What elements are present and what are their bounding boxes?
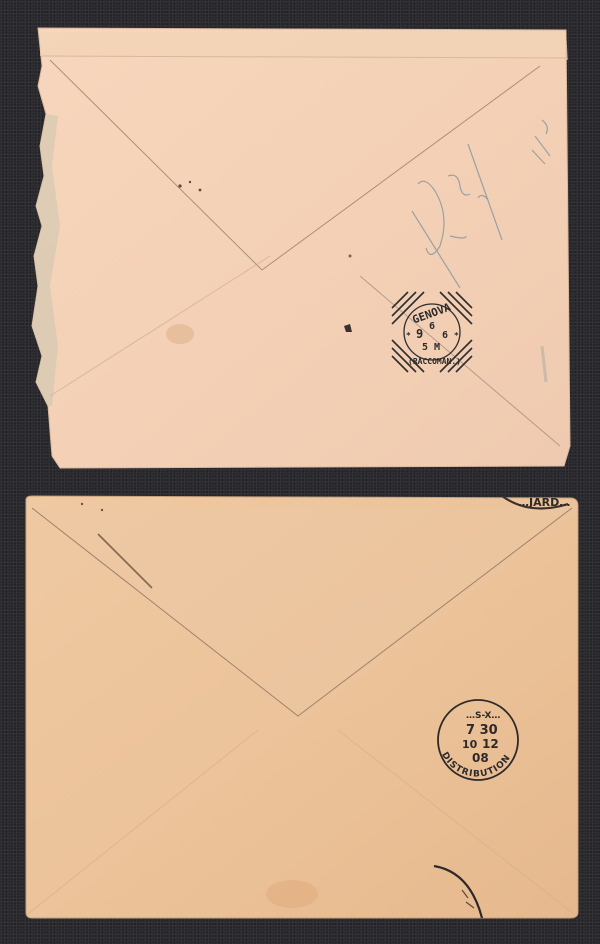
envelope-top: GENOVA 9 6 6 5 M (RACCOMAN.) * * xyxy=(30,26,570,470)
svg-text:*: * xyxy=(454,331,459,340)
svg-text:…JARD…: …JARD… xyxy=(518,496,570,509)
svg-text:…S-X…: …S-X… xyxy=(466,711,500,721)
svg-text:12: 12 xyxy=(482,737,499,751)
svg-text:*: * xyxy=(406,331,411,340)
svg-text:9: 9 xyxy=(416,327,423,341)
envelope-bottom-graphic: …JARD… …S-X… 7 30 10 12 08 DISTRIBUTION xyxy=(22,494,580,920)
envelope-top-graphic: GENOVA 9 6 6 5 M (RACCOMAN.) * * xyxy=(30,26,570,470)
svg-text:08: 08 xyxy=(472,751,489,765)
envelope-bottom: …JARD… …S-X… 7 30 10 12 08 DISTRIBUTION xyxy=(22,494,580,920)
svg-text:6: 6 xyxy=(429,321,435,332)
svg-text:10: 10 xyxy=(462,738,478,751)
svg-text:(RACCOMAN.): (RACCOMAN.) xyxy=(408,357,461,366)
svg-text:7 30: 7 30 xyxy=(466,723,498,738)
svg-text:5 M: 5 M xyxy=(422,342,440,353)
svg-text:6: 6 xyxy=(442,330,448,341)
